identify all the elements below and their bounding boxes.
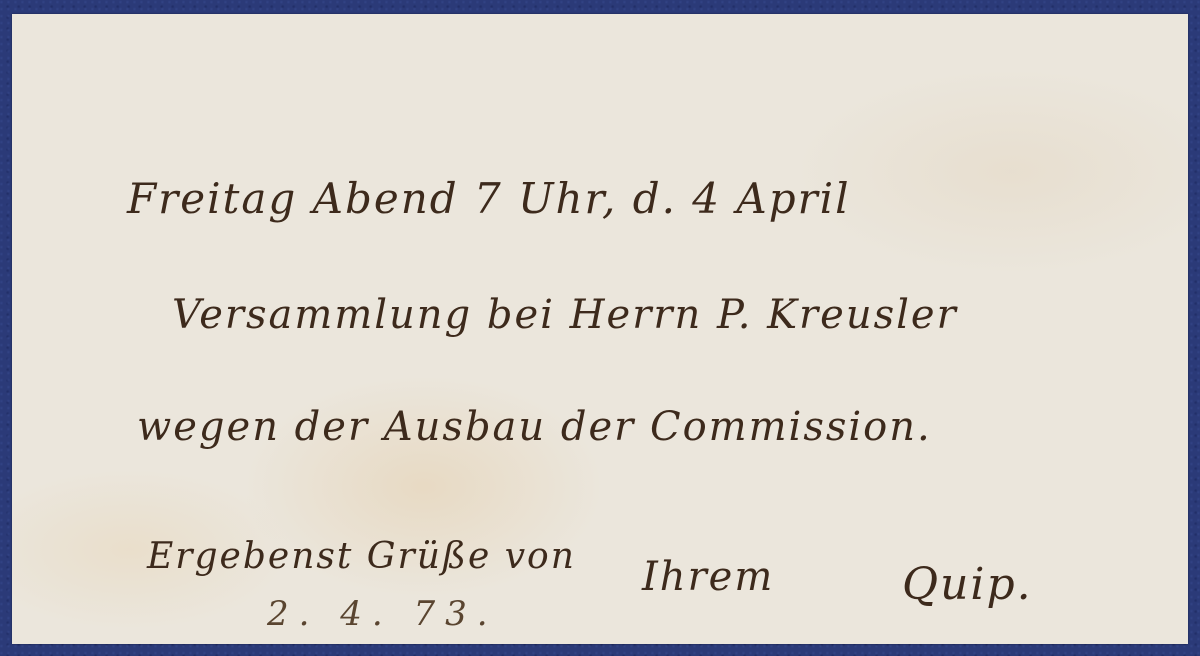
closing-pronoun: Ihrem [642,554,774,600]
line-1-date-time: Freitag Abend 7 Uhr, d. 4 April [127,174,851,223]
signature: Quip. [902,559,1033,610]
note-paper: Freitag Abend 7 Uhr, d. 4 April Versamml… [12,14,1188,644]
line-3-purpose: wegen der Ausbau der Commission. [137,404,932,450]
line-2-meeting: Versammlung bei Herrn P. Kreusler [172,292,958,338]
note-date: 2. 4. 73. [267,594,498,634]
closing-greeting: Ergebenst Grüße von [147,536,576,577]
